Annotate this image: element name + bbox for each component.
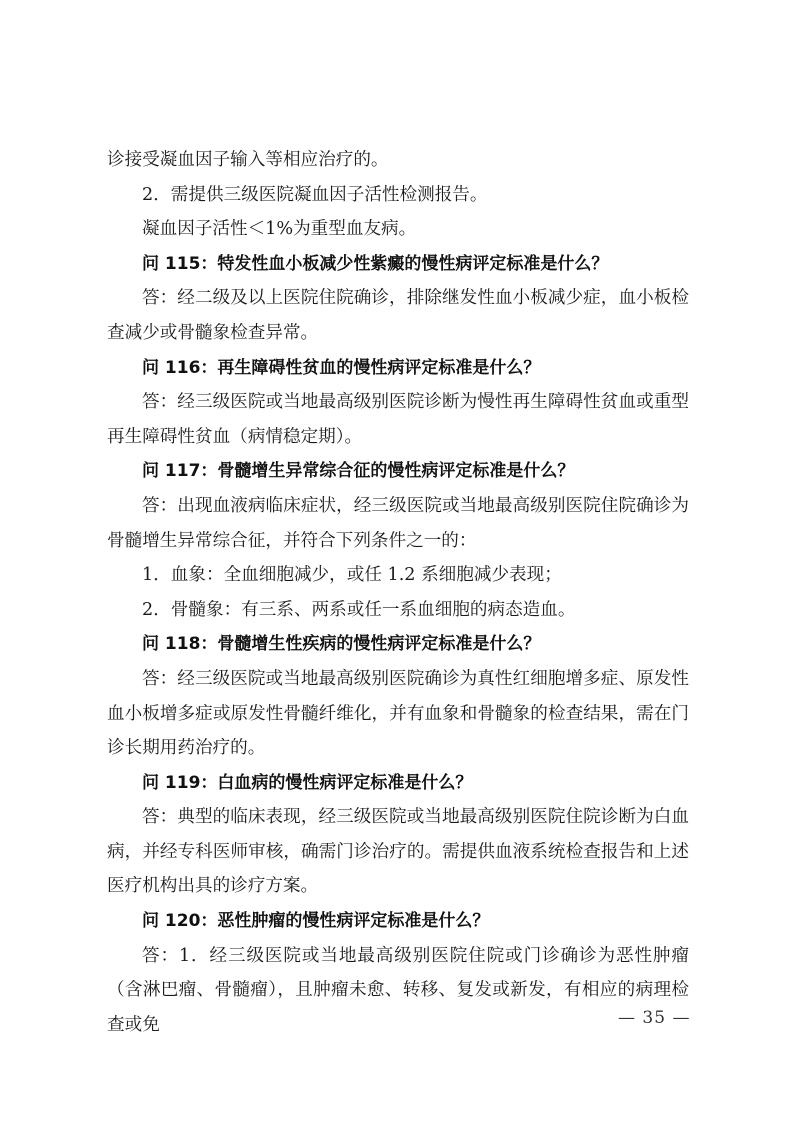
question-116: 问 116：再生障碍性贫血的慢性病评定标准是什么？ [107,351,689,386]
answer-117-item-2: 2．骨髓象：有三系、两系或任一系血细胞的病态造血。 [107,593,689,628]
answer-117-item-1: 1．血象：全血细胞减少，或任 1.2 系细胞减少表现； [107,558,689,593]
question-119: 问 119：白血病的慢性病评定标准是什么？ [107,766,689,801]
question-118: 问 118：骨髓增生性疾病的慢性病评定标准是什么？ [107,627,689,662]
paragraph-severity-note: 凝血因子活性＜1%为重型血友病。 [107,212,689,247]
answer-116: 答：经三级医院或当地最高级别医院诊断为慢性再生障碍性贫血或重型再生障碍性贫血（病… [107,385,689,454]
document-page: 诊接受凝血因子输入等相应治疗的。 2．需提供三级医院凝血因子活性检测报告。 凝血… [0,0,793,1122]
answer-118: 答：经三级医院或当地最高级别医院确诊为真性红细胞增多症、原发性血小板增多症或原发… [107,662,689,766]
answer-115: 答：经二级及以上医院住院确诊，排除继发性血小板减少症，血小板检查减少或骨髓象检查… [107,281,689,350]
page-number: — 35 — [618,1008,690,1028]
question-120: 问 120：恶性肿瘤的慢性病评定标准是什么？ [107,904,689,939]
page-body: 诊接受凝血因子输入等相应治疗的。 2．需提供三级医院凝血因子活性检测报告。 凝血… [107,143,689,1042]
question-117: 问 117：骨髓增生异常综合征的慢性病评定标准是什么？ [107,454,689,489]
paragraph-continuation: 诊接受凝血因子输入等相应治疗的。 [107,143,689,178]
answer-117: 答：出现血液病临床症状，经三级医院或当地最高级别医院住院确诊为骨髓增生异常综合征… [107,489,689,558]
paragraph-requirement-2: 2．需提供三级医院凝血因子活性检测报告。 [107,178,689,213]
answer-119: 答：典型的临床表现，经三级医院或当地最高级别医院住院诊断为白血病，并经专科医师审… [107,800,689,904]
answer-120: 答：1．经三级医院或当地最高级别医院住院或门诊确诊为恶性肿瘤（含淋巴瘤、骨髓瘤）… [107,939,689,1043]
question-115: 问 115：特发性血小板减少性紫癜的慢性病评定标准是什么？ [107,247,689,282]
